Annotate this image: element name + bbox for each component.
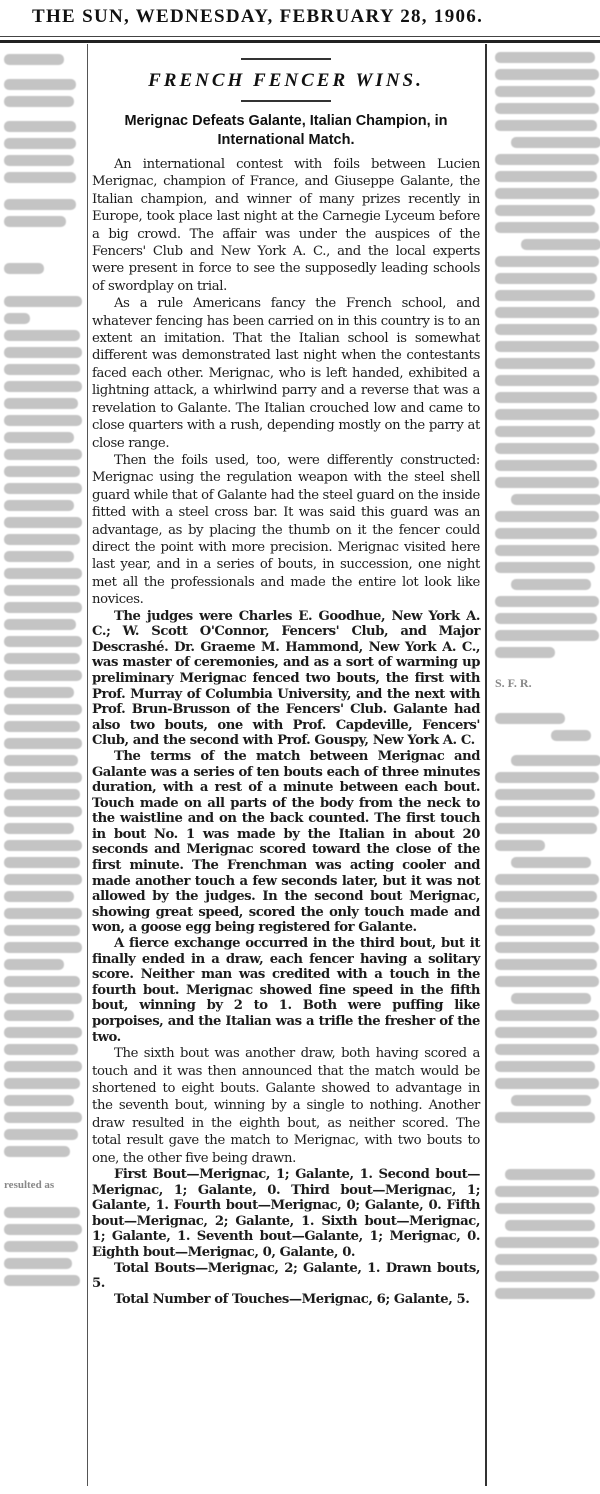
obscured-text-line [4, 1027, 82, 1038]
obscured-text-line [551, 730, 591, 741]
obscured-text-line [495, 392, 597, 403]
obscured-text-line [495, 358, 595, 369]
obscured-text-line [4, 976, 80, 987]
obscured-text-line [4, 172, 76, 183]
obscured-text-line [4, 704, 82, 715]
obscured-text-line [4, 772, 82, 783]
obscured-text-line [4, 1275, 80, 1286]
obscured-text-line [4, 925, 80, 936]
obscured-text-line [4, 551, 74, 562]
obscured-text-line [495, 630, 599, 641]
bout-by-bout-scores: First Bout—Merignac, 1; Galante, 1. Seco… [92, 1167, 480, 1261]
obscured-text-line [511, 755, 600, 766]
obscured-text-line [4, 585, 80, 596]
obscured-text-line [495, 1078, 599, 1089]
obscured-text-line [4, 636, 82, 647]
obscured-text-line [511, 993, 591, 1004]
obscured-text-line [495, 188, 599, 199]
obscured-text-line [495, 69, 599, 80]
total-touches: Total Number of Touches—Merignac, 6; Gal… [92, 1292, 480, 1308]
obscured-text-line [495, 891, 597, 902]
obscured-text-line [495, 772, 599, 783]
obscured-text-line [495, 375, 599, 386]
obscured-text-line [4, 738, 82, 749]
obscured-text-line [4, 653, 80, 664]
obscured-text-line [495, 713, 565, 724]
obscured-text-line [495, 511, 599, 522]
obscured-text-line [4, 517, 82, 528]
article-paragraph: The judges were Charles E. Goodhue, New … [92, 609, 480, 749]
obscured-text-line [495, 409, 599, 420]
right-adjacent-column: S. F. R. [491, 44, 600, 1494]
obscured-text-line [4, 602, 82, 613]
obscured-text-line [4, 313, 30, 324]
obscured-text-line [495, 1112, 595, 1123]
obscured-text-line [4, 670, 82, 681]
obscured-text-line [495, 1203, 595, 1214]
article-paragraph: The sixth bout was another draw, both ha… [92, 1045, 480, 1167]
obscured-text-line [495, 273, 597, 284]
obscured-text-line [495, 874, 599, 885]
obscured-text-line [4, 1078, 80, 1089]
obscured-text-line [495, 1237, 599, 1248]
obscured-text-line [4, 1258, 72, 1269]
obscured-text-line [4, 96, 74, 107]
obscured-text-line [495, 1027, 597, 1038]
article-paragraph: The terms of the match between Merignac … [92, 749, 480, 936]
left-adjacent-column: resulted as [0, 44, 84, 1494]
obscured-text-line [4, 79, 76, 90]
obscured-text-line [495, 324, 597, 335]
obscured-text-line [495, 1271, 599, 1282]
obscured-text-line [4, 121, 76, 132]
obscured-text-line [4, 398, 78, 409]
masthead-rule [0, 36, 600, 37]
obscured-text-line [4, 857, 80, 868]
article-body: An international contest with foils betw… [92, 156, 480, 1307]
obscured-text-line [4, 432, 74, 443]
obscured-text-line [4, 568, 82, 579]
obscured-text-line [495, 205, 595, 216]
headline-rule-top [241, 58, 331, 60]
obscured-text-line [495, 477, 599, 488]
total-bouts: Total Bouts—Merignac, 2; Galante, 1. Dra… [92, 1261, 480, 1292]
obscured-text-line [4, 534, 80, 545]
headline-rule-bottom [241, 100, 331, 102]
obscured-text-line [4, 54, 64, 65]
obscured-text-line [495, 1254, 597, 1265]
obscured-text-line [495, 613, 597, 624]
obscured-text-line [4, 1010, 74, 1021]
obscured-text-line [495, 103, 599, 114]
obscured-text-line [511, 137, 600, 148]
obscured-text-line [495, 1044, 599, 1055]
obscured-text-line [505, 1220, 595, 1231]
left-column-fragment: resulted as [4, 1179, 80, 1191]
obscured-text-line [4, 199, 76, 210]
obscured-text-line [505, 1169, 595, 1180]
article-subhead: Merignac Defeats Galante, Italian Champi… [92, 112, 480, 150]
obscured-text-line [495, 1061, 595, 1072]
obscured-text-line [4, 296, 82, 307]
obscured-text-line [495, 908, 599, 919]
article-paragraph: A fierce exchange occurred in the third … [92, 936, 480, 1045]
obscured-text-line [4, 891, 74, 902]
obscured-text-line [4, 721, 80, 732]
obscured-text-line [4, 216, 66, 227]
obscured-text-line [4, 619, 76, 630]
obscured-text-line [4, 155, 74, 166]
obscured-text-line [4, 138, 76, 149]
obscured-text-line [4, 1095, 74, 1106]
masthead: THE SUN, WEDNESDAY, FEBRUARY 28, 1906. [0, 0, 600, 43]
obscured-text-line [495, 925, 595, 936]
obscured-text-line [495, 1288, 595, 1299]
obscured-text-line [4, 806, 82, 817]
obscured-text-line [495, 290, 595, 301]
column-rule-left [87, 44, 88, 1486]
obscured-text-line [495, 256, 599, 267]
obscured-text-line [511, 494, 600, 505]
obscured-text-line [495, 840, 545, 851]
obscured-text-line [495, 460, 597, 471]
article-paragraph: Then the foils used, too, were different… [92, 452, 480, 609]
article-headline: FRENCH FENCER WINS. [92, 70, 480, 92]
obscured-text-line [4, 1112, 82, 1123]
obscured-text-line [495, 959, 597, 970]
obscured-text-line [4, 755, 78, 766]
obscured-text-line [495, 942, 599, 953]
obscured-text-line [495, 86, 595, 97]
obscured-text-line [4, 959, 64, 970]
obscured-text-line [495, 120, 597, 131]
obscured-text-line [511, 1095, 591, 1106]
obscured-text-line [4, 364, 80, 375]
obscured-text-line [495, 307, 599, 318]
obscured-text-line [495, 562, 595, 573]
obscured-text-line [4, 908, 82, 919]
obscured-text-line [495, 426, 595, 437]
obscured-text-line [4, 347, 82, 358]
obscured-text-line [4, 823, 74, 834]
obscured-text-line [495, 1010, 599, 1021]
obscured-text-line [4, 466, 80, 477]
obscured-text-line [511, 579, 591, 590]
obscured-text-line [495, 806, 599, 817]
obscured-text-line [4, 874, 82, 885]
obscured-text-line [4, 1129, 78, 1140]
obscured-text-line [4, 415, 82, 426]
score-summary-block: First Bout—Merignac, 1; Galante, 1. Seco… [92, 1167, 480, 1307]
right-column-fragment: S. F. R. [495, 676, 596, 691]
obscured-text-line [511, 857, 591, 868]
obscured-text-line [495, 596, 599, 607]
column-rule-right [485, 44, 487, 1486]
obscured-text-line [4, 381, 82, 392]
article: FRENCH FENCER WINS. Merignac Defeats Gal… [92, 44, 480, 1307]
obscured-text-line [495, 222, 599, 233]
obscured-text-line [4, 1061, 82, 1072]
obscured-text-line [495, 52, 595, 63]
obscured-text-line [495, 1186, 599, 1197]
obscured-text-line [4, 263, 44, 274]
obscured-text-line [4, 1241, 78, 1252]
obscured-text-line [521, 239, 600, 250]
obscured-text-line [4, 449, 82, 460]
obscured-text-line [495, 528, 597, 539]
article-paragraph: As a rule Americans fancy the French sch… [92, 295, 480, 452]
obscured-text-line [4, 840, 82, 851]
obscured-text-line [495, 823, 597, 834]
obscured-text-line [4, 330, 80, 341]
obscured-text-line [495, 341, 599, 352]
obscured-text-line [4, 483, 82, 494]
obscured-text-line [4, 500, 74, 511]
obscured-text-line [4, 1224, 82, 1235]
obscured-text-line [495, 647, 555, 658]
obscured-text-line [495, 171, 597, 182]
obscured-text-line [4, 1044, 78, 1055]
obscured-text-line [495, 154, 599, 165]
obscured-text-line [495, 545, 599, 556]
obscured-text-line [4, 942, 82, 953]
obscured-text-line [4, 789, 80, 800]
masthead-date-line: THE SUN, WEDNESDAY, FEBRUARY 28, 1906. [32, 6, 592, 28]
obscured-text-line [495, 443, 599, 454]
obscured-text-line [4, 1207, 80, 1218]
obscured-text-line [4, 687, 74, 698]
obscured-text-line [4, 993, 82, 1004]
obscured-text-line [4, 1146, 70, 1157]
article-paragraph: An international contest with foils betw… [92, 156, 480, 295]
obscured-text-line [495, 789, 595, 800]
obscured-text-line [495, 976, 599, 987]
